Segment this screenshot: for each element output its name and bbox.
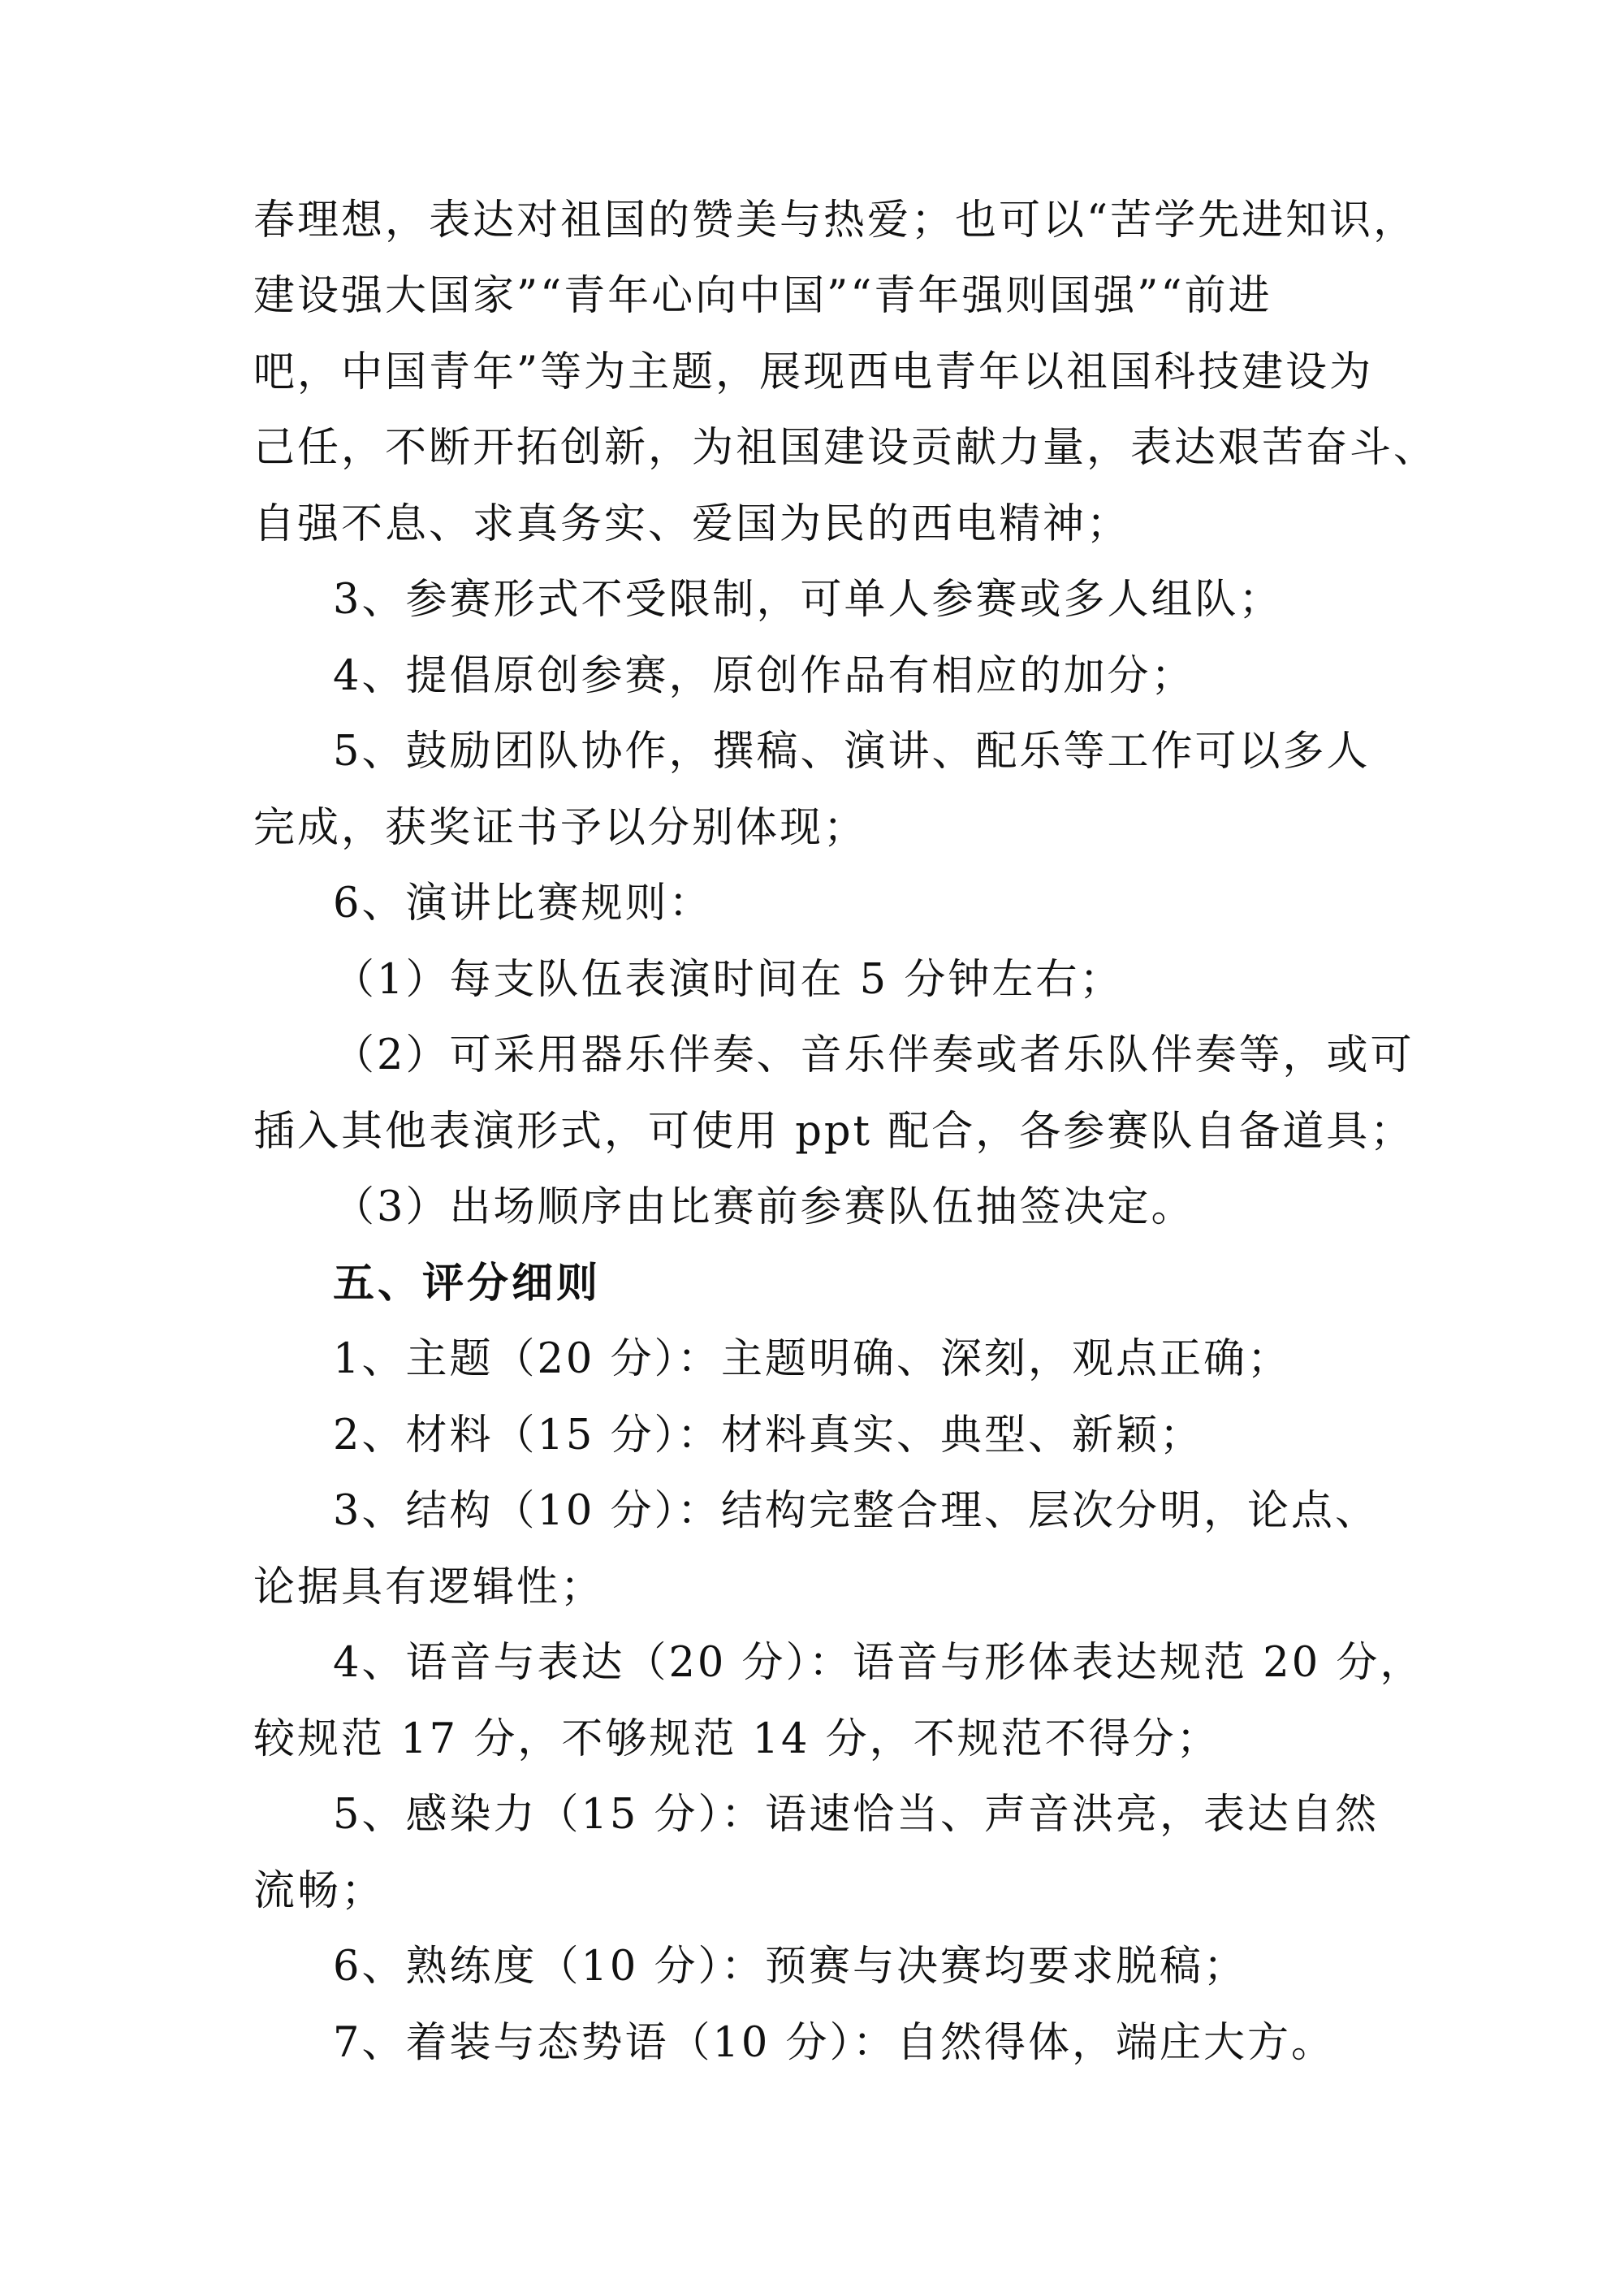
paragraph-line: 春理想，表达对祖国的赞美与热爱；也可以“苦学先进知识， <box>253 192 1417 249</box>
rule-item-3: 3、参赛形式不受限制，可单人参赛或多人组队； <box>333 572 1282 629</box>
rule-item-4: 4、提倡原创参赛，原创作品有相应的加分； <box>333 648 1194 705</box>
scoring-item-7: 7、着装与态势语（10 分）：自然得体，端庄大方。 <box>333 2015 1335 2072</box>
document-page: 春理想，表达对祖国的赞美与热爱；也可以“苦学先进知识， 建设强大国家”“青年心向… <box>0 0 1624 2296</box>
paragraph-line: 吧，中国青年”等为主题，展现西电青年以祖国科技建设为 <box>253 344 1373 401</box>
rule-item-5-continued: 完成，获奖证书予以分别体现； <box>253 800 867 857</box>
scoring-item-5-continued: 流畅； <box>253 1863 385 1920</box>
scoring-item-3-continued: 论据具有逻辑性； <box>253 1559 604 1616</box>
rule-item-5: 5、鼓励团队协作，撰稿、演讲、配乐等工作可以多人 <box>333 724 1370 780</box>
scoring-item-3: 3、结构（10 分）：结构完整合理、层次分明，论点、 <box>333 1483 1379 1540</box>
section-heading-scoring: 五、评分细则 <box>333 1256 601 1312</box>
paragraph-line: 建设强大国家”“青年心向中国”“青年强则国强”“前进 <box>253 268 1272 325</box>
rule-subitem-3: （3）出场顺序由比赛前参赛队伍抽签决定。 <box>333 1179 1194 1236</box>
scoring-item-6: 6、熟练度（10 分）：预赛与决赛均要求脱稿； <box>333 1939 1247 1995</box>
rule-subitem-1: （1）每支队伍表演时间在 5 分钟左右； <box>333 952 1123 1009</box>
scoring-item-4-continued: 较规范 17 分，不够规范 14 分，不规范不得分； <box>253 1711 1220 1768</box>
paragraph-line: 己任，不断开拓创新，为祖国建设贡献力量，表达艰苦奋斗、 <box>253 420 1437 477</box>
paragraph-line: 自强不息、求真务实、爱国为民的西电精神； <box>253 496 1130 553</box>
rule-subitem-2-continued: 插入其他表演形式，可使用 ppt 配合，各参赛队自备道具； <box>253 1104 1414 1161</box>
scoring-item-5: 5、感染力（15 分）：语速恰当、声音洪亮，表达自然 <box>333 1787 1379 1844</box>
scoring-item-2: 2、材料（15 分）：材料真实、典型、新颖； <box>333 1407 1203 1464</box>
rule-item-6: 6、演讲比赛规则： <box>333 876 712 932</box>
scoring-item-1: 1、主题（20 分）：主题明确、深刻，观点正确； <box>333 1331 1291 1388</box>
scoring-item-4: 4、语音与表达（20 分）：语音与形体表达规范 20 分， <box>333 1635 1423 1692</box>
rule-subitem-2: （2）可采用器乐伴奏、音乐伴奏或者乐队伴奏等，或可 <box>333 1027 1414 1084</box>
